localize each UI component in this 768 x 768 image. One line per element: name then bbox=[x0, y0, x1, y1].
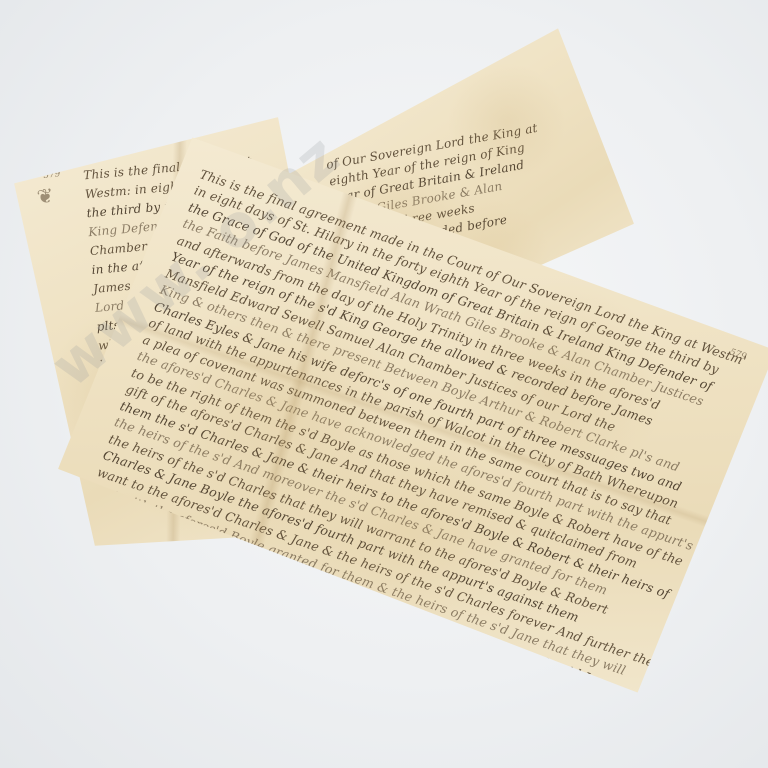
page-number: 579 bbox=[43, 169, 61, 181]
photo-scene: 579 ❦ This is the final agreement Westm:… bbox=[0, 0, 768, 768]
manuscript-text: This is the final agreement made in the … bbox=[72, 165, 748, 699]
flourish-ornament-icon: ❦ bbox=[35, 183, 55, 209]
